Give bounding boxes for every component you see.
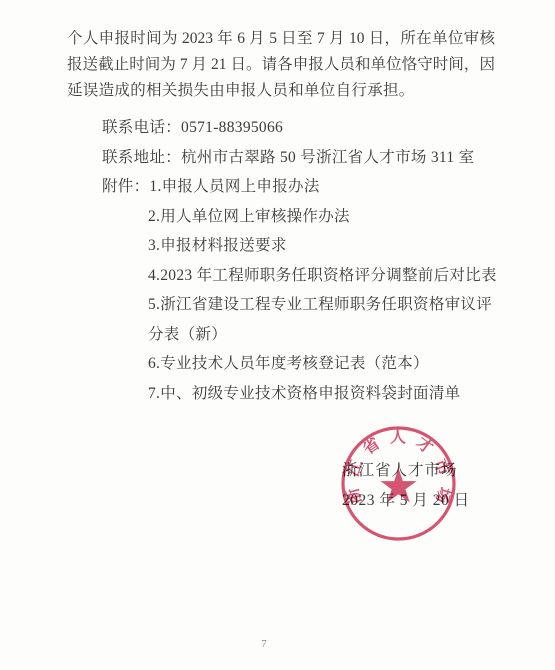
attachment-item: 4.2023 年工程师职务任职资格评分调整前后对比表 xyxy=(102,261,495,291)
scanned-document-page: 个人申报时间为 2023 年 6 月 5 日至 7 月 10 日，所在单位审核 … xyxy=(0,0,555,670)
signature-block: 浙江省人才市场 2023 年 5 月 20 日 xyxy=(342,456,470,516)
attachments-first-line: 附件：1.申报人员网上申报办法 xyxy=(102,172,495,202)
attachment-item: 7.中、初级专业技术资格申报资料袋封面清单 xyxy=(102,379,495,409)
contact-address-value: 杭州市古翠路 50 号浙江省人才市场 311 室 xyxy=(181,149,474,166)
attachment-item: 1.申报人员网上申报办法 xyxy=(149,178,319,195)
attachments-label: 附件： xyxy=(102,178,149,195)
contact-phone-value: 0571-88395066 xyxy=(181,119,283,136)
paragraph-line: 延误造成的相关损失由申报人员和单位自行承担。 xyxy=(67,78,495,104)
contact-phone-line: 联系电话：0571-88395066 xyxy=(102,113,495,143)
attachment-item: 5.浙江省建设工程专业工程师职务任职资格审议评 xyxy=(102,290,495,320)
attachment-item-wrap: 分表（新） xyxy=(102,320,495,350)
contact-phone-label: 联系电话： xyxy=(102,119,181,136)
signature-org: 浙江省人才市场 xyxy=(342,456,470,486)
contact-address-label: 联系地址： xyxy=(102,149,181,166)
attachment-item: 6.专业技术人员年度考核登记表（范本） xyxy=(102,349,495,379)
signature-date: 2023 年 5 月 20 日 xyxy=(342,486,470,516)
attachment-item: 2.用人单位网上审核操作办法 xyxy=(102,202,495,232)
paragraph: 个人申报时间为 2023 年 6 月 5 日至 7 月 10 日，所在单位审核 … xyxy=(67,26,495,104)
contact-and-attachments: 联系电话：0571-88395066 联系地址：杭州市古翠路 50 号浙江省人才… xyxy=(67,113,495,408)
document-body: 个人申报时间为 2023 年 6 月 5 日至 7 月 10 日，所在单位审核 … xyxy=(67,26,495,408)
attachment-item: 3.申报材料报送要求 xyxy=(102,231,495,261)
paragraph-line: 报送截止时间为 7 月 21 日。请各申报人员和单位恪守时间，因 xyxy=(67,52,495,78)
contact-address-line: 联系地址：杭州市古翠路 50 号浙江省人才市场 311 室 xyxy=(102,143,495,173)
paragraph-line: 个人申报时间为 2023 年 6 月 5 日至 7 月 10 日，所在单位审核 xyxy=(67,26,495,52)
page-number: 7 xyxy=(256,638,272,650)
